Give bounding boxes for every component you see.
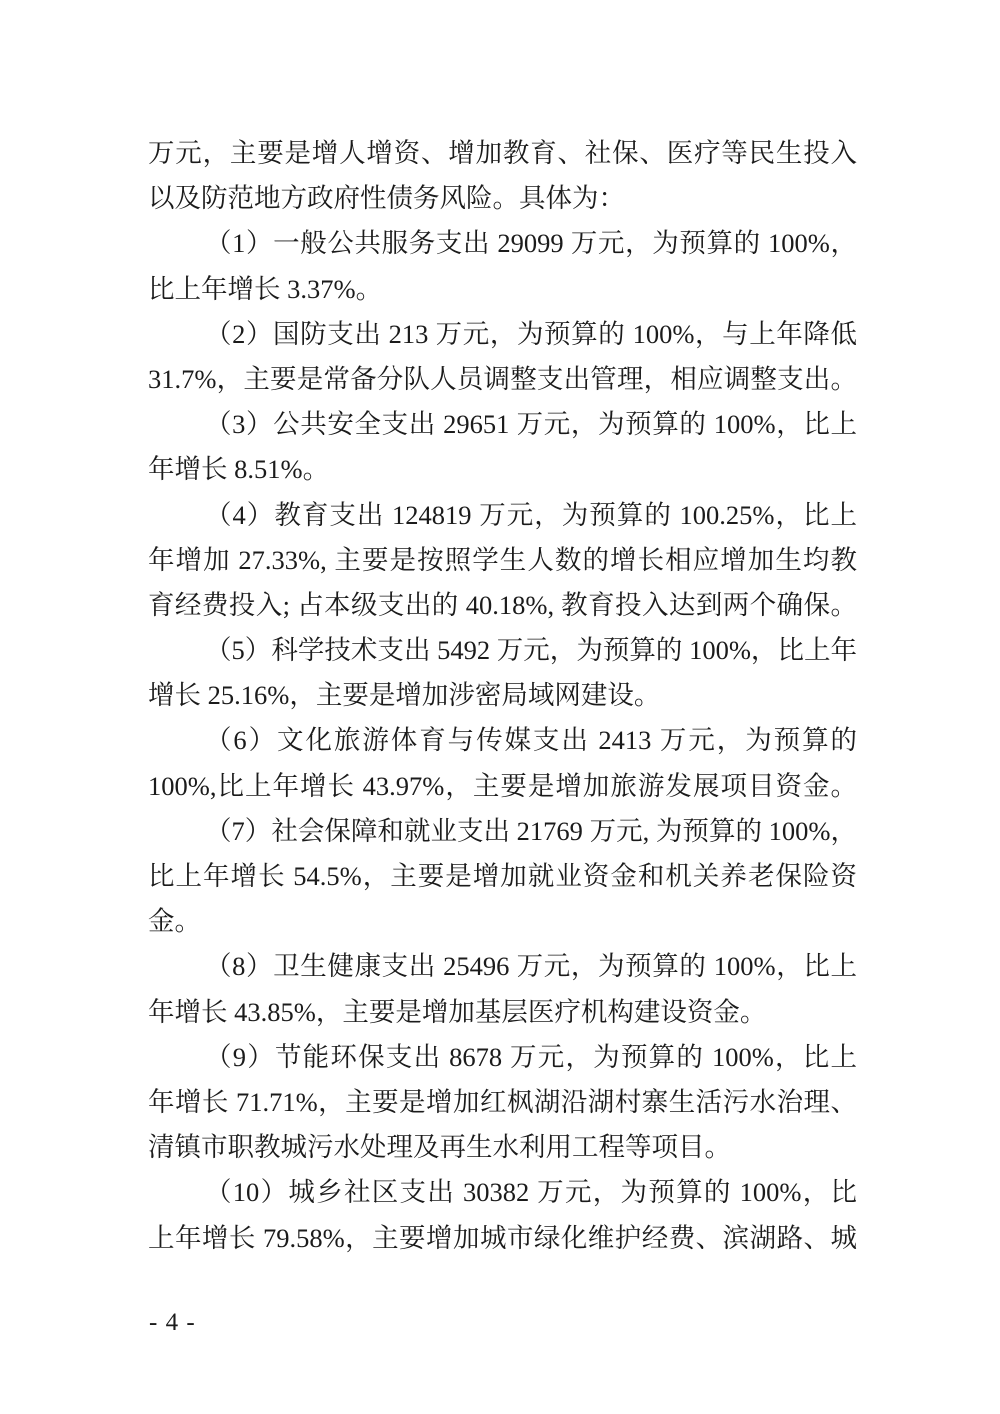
text-line: 年增长 71.71%，主要是增加红枫湖沿湖村寨生活污水治理、 <box>148 1080 857 1125</box>
text-line: 育经费投入; 占本级支出的 40.18%, 教育投入达到两个确保。 <box>148 583 857 628</box>
text-line: 年增长 43.85%，主要是增加基层医疗机构建设资金。 <box>148 990 857 1035</box>
text-line: （8）卫生健康支出 25496 万元，为预算的 100%，比上 <box>148 944 857 989</box>
page-number: - 4 - <box>149 1308 196 1338</box>
text-line: （1）一般公共服务支出 29099 万元，为预算的 100%， <box>148 221 857 266</box>
text-line: （6）文化旅游体育与传媒支出 2413 万元，为预算的 <box>148 718 857 763</box>
text-line: 100%,比上年增长 43.97%，主要是增加旅游发展项目资金。 <box>148 764 857 809</box>
text-line: （10）城乡社区支出 30382 万元，为预算的 100%，比 <box>148 1170 857 1215</box>
text-line: 年增加 27.33%, 主要是按照学生人数的增长相应增加生均教 <box>148 538 857 583</box>
text-line: 万元，主要是增人增资、增加教育、社保、医疗等民生投入 <box>148 131 857 176</box>
text-line: （9）节能环保支出 8678 万元，为预算的 100%，比上 <box>148 1035 857 1080</box>
text-line: 清镇市职教城污水处理及再生水利用工程等项目。 <box>148 1125 857 1170</box>
text-line: 增长 25.16%，主要是增加涉密局域网建设。 <box>148 673 857 718</box>
document-page: 万元，主要是增人增资、增加教育、社保、医疗等民生投入以及防范地方政府性债务风险。… <box>0 0 1000 1414</box>
document-body: 万元，主要是增人增资、增加教育、社保、医疗等民生投入以及防范地方政府性债务风险。… <box>148 131 857 1261</box>
text-line: （3）公共安全支出 29651 万元，为预算的 100%，比上 <box>148 402 857 447</box>
text-line: 以及防范地方政府性债务风险。具体为： <box>148 176 857 221</box>
text-line: 上年增长 79.58%，主要增加城市绿化维护经费、滨湖路、城 <box>148 1216 857 1261</box>
text-line: （4）教育支出 124819 万元，为预算的 100.25%，比上 <box>148 493 857 538</box>
text-line: （5）科学技术支出 5492 万元，为预算的 100%，比上年 <box>148 628 857 673</box>
text-line: （2）国防支出 213 万元，为预算的 100%，与上年降低 <box>148 312 857 357</box>
text-line: 比上年增长 54.5%，主要是增加就业资金和机关养老保险资 <box>148 854 857 899</box>
text-line: （7）社会保障和就业支出 21769 万元, 为预算的 100%， <box>148 809 857 854</box>
text-line: 比上年增长 3.37%。 <box>148 267 857 312</box>
text-line: 31.7%，主要是常备分队人员调整支出管理，相应调整支出。 <box>148 357 857 402</box>
text-line: 金。 <box>148 899 857 944</box>
text-line: 年增长 8.51%。 <box>148 447 857 492</box>
